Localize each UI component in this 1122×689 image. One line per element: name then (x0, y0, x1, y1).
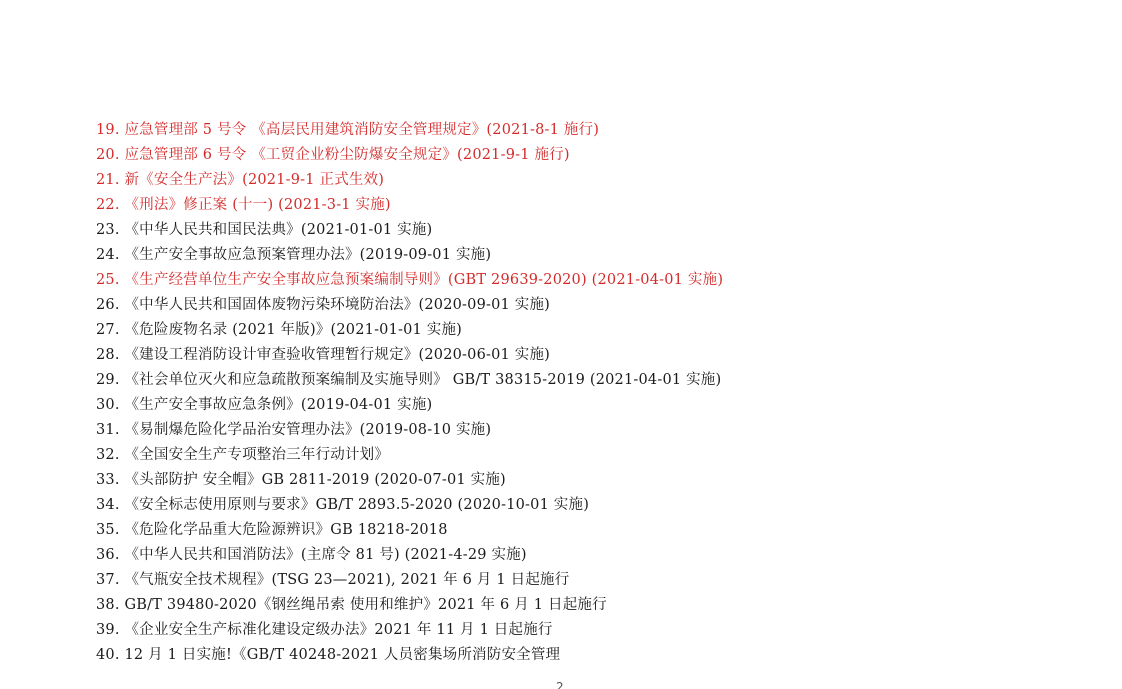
list-item: 20. 应急管理部 6 号令 《工贸企业粉尘防爆安全规定》(2021-9-1 施… (96, 143, 723, 168)
list-item: 38. GB/T 39480-2020《钢丝绳吊索 使用和维护》2021 年 6… (96, 593, 723, 618)
item-text: 《头部防护 安全帽》GB 2811-2019 (2020-07-01 实施) (124, 472, 505, 488)
item-text: 《建设工程消防设计审查验收管理暂行规定》(2020-06-01 实施) (124, 347, 550, 363)
list-item: 34. 《安全标志使用原则与要求》GB/T 2893.5-2020 (2020-… (96, 493, 723, 518)
item-number: 22. (96, 193, 120, 218)
item-number: 40. (96, 643, 120, 668)
item-number: 35. (96, 518, 120, 543)
list-item: 36. 《中华人民共和国消防法》(主席令 81 号) (2021-4-29 实施… (96, 543, 723, 568)
item-number: 23. (96, 218, 120, 243)
item-number: 20. (96, 143, 120, 168)
item-text: 《中华人民共和国消防法》(主席令 81 号) (2021-4-29 实施) (124, 547, 526, 563)
item-number: 36. (96, 543, 120, 568)
item-number: 19. (96, 118, 120, 143)
item-text: 《中华人民共和国民法典》(2021-01-01 实施) (124, 222, 432, 238)
item-number: 21. (96, 168, 120, 193)
item-number: 25. (96, 268, 120, 293)
item-text: 《易制爆危险化学品治安管理办法》(2019-08-10 实施) (124, 422, 491, 438)
item-text: 12 月 1 日实施!《GB/T 40248-2021 人员密集场所消防安全管理 (124, 647, 560, 663)
page-number: 2 (556, 680, 564, 689)
list-item: 21. 新《安全生产法》(2021-9-1 正式生效) (96, 168, 723, 193)
item-text: 《企业安全生产标准化建设定级办法》2021 年 11 月 1 日起施行 (124, 622, 552, 638)
item-number: 38. (96, 593, 120, 618)
item-text: GB/T 39480-2020《钢丝绳吊索 使用和维护》2021 年 6 月 1… (124, 597, 606, 613)
item-text: 《生产经营单位生产安全事故应急预案编制导则》(GBT 29639-2020) (… (124, 272, 723, 288)
list-item: 29. 《社会单位灭火和应急疏散预案编制及实施导则》 GB/T 38315-20… (96, 368, 723, 393)
item-text: 应急管理部 6 号令 《工贸企业粉尘防爆安全规定》(2021-9-1 施行) (124, 147, 569, 163)
item-text: 《安全标志使用原则与要求》GB/T 2893.5-2020 (2020-10-0… (124, 497, 589, 513)
list-item: 30. 《生产安全事故应急条例》(2019-04-01 实施) (96, 393, 723, 418)
item-text: 《生产安全事故应急预案管理办法》(2019-09-01 实施) (124, 247, 491, 263)
item-text: 《危险化学品重大危险源辨识》GB 18218-2018 (124, 522, 447, 538)
item-text: 《生产安全事故应急条例》(2019-04-01 实施) (124, 397, 432, 413)
list-item: 26. 《中华人民共和国固体废物污染环境防治法》(2020-09-01 实施) (96, 293, 723, 318)
item-number: 32. (96, 443, 120, 468)
list-item: 22. 《刑法》修正案 (十一) (2021-3-1 实施) (96, 193, 723, 218)
item-number: 33. (96, 468, 120, 493)
item-text: 《危险废物名录 (2021 年版)》(2021-01-01 实施) (124, 322, 462, 338)
item-text: 《社会单位灭火和应急疏散预案编制及实施导则》 GB/T 38315-2019 (… (124, 372, 721, 388)
item-number: 28. (96, 343, 120, 368)
list-item: 35. 《危险化学品重大危险源辨识》GB 18218-2018 (96, 518, 723, 543)
item-text: 《全国安全生产专项整治三年行动计划》 (124, 447, 389, 463)
item-number: 30. (96, 393, 120, 418)
list-item: 32. 《全国安全生产专项整治三年行动计划》 (96, 443, 723, 468)
list-item: 24. 《生产安全事故应急预案管理办法》(2019-09-01 实施) (96, 243, 723, 268)
item-number: 26. (96, 293, 120, 318)
item-text: 应急管理部 5 号令 《高层民用建筑消防安全管理规定》(2021-8-1 施行) (124, 122, 599, 138)
item-number: 31. (96, 418, 120, 443)
list-item: 39. 《企业安全生产标准化建设定级办法》2021 年 11 月 1 日起施行 (96, 618, 723, 643)
item-text: 《气瓶安全技术规程》(TSG 23—2021), 2021 年 6 月 1 日起… (124, 572, 569, 588)
item-number: 29. (96, 368, 120, 393)
item-number: 24. (96, 243, 120, 268)
list-item: 33. 《头部防护 安全帽》GB 2811-2019 (2020-07-01 实… (96, 468, 723, 493)
item-number: 27. (96, 318, 120, 343)
list-item: 19. 应急管理部 5 号令 《高层民用建筑消防安全管理规定》(2021-8-1… (96, 118, 723, 143)
list-item: 28. 《建设工程消防设计审查验收管理暂行规定》(2020-06-01 实施) (96, 343, 723, 368)
regulation-list: 19. 应急管理部 5 号令 《高层民用建筑消防安全管理规定》(2021-8-1… (96, 118, 723, 668)
item-number: 34. (96, 493, 120, 518)
item-number: 39. (96, 618, 120, 643)
item-number: 37. (96, 568, 120, 593)
list-item: 40. 12 月 1 日实施!《GB/T 40248-2021 人员密集场所消防… (96, 643, 723, 668)
item-text: 《刑法》修正案 (十一) (2021-3-1 实施) (124, 197, 390, 213)
item-text: 《中华人民共和国固体废物污染环境防治法》(2020-09-01 实施) (124, 297, 550, 313)
list-item: 23. 《中华人民共和国民法典》(2021-01-01 实施) (96, 218, 723, 243)
list-item: 27. 《危险废物名录 (2021 年版)》(2021-01-01 实施) (96, 318, 723, 343)
list-item: 37. 《气瓶安全技术规程》(TSG 23—2021), 2021 年 6 月 … (96, 568, 723, 593)
list-item: 25. 《生产经营单位生产安全事故应急预案编制导则》(GBT 29639-202… (96, 268, 723, 293)
list-item: 31. 《易制爆危险化学品治安管理办法》(2019-08-10 实施) (96, 418, 723, 443)
item-text: 新《安全生产法》(2021-9-1 正式生效) (124, 172, 384, 188)
